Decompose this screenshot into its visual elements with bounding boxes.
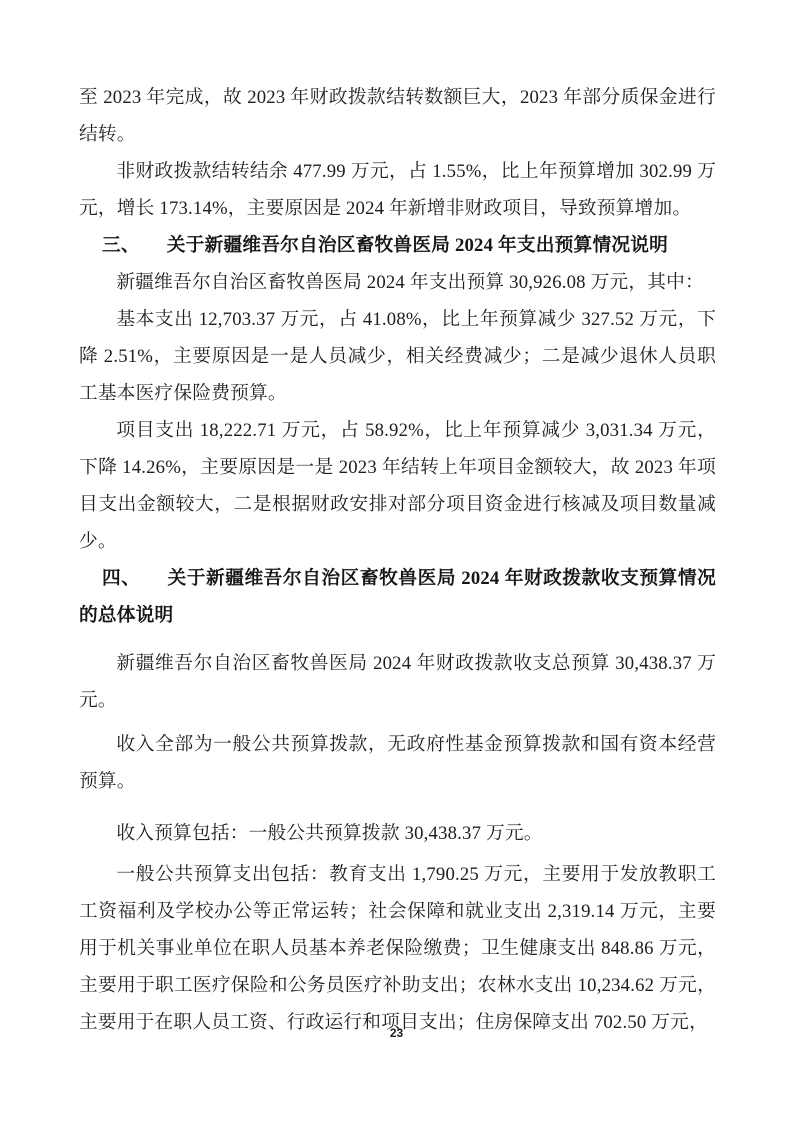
section-heading-fiscal-appropriation: 四、关于新疆维吾尔自治区畜牧兽医局 2024 年财政拨款收支预算情况的总体说明 (79, 560, 716, 634)
heading-number: 三、 (102, 235, 140, 256)
paragraph-nonfiscal-carryover: 非财政拨款结转结余 477.99 万元，占 1.55%，比上年预算增加 302.… (79, 153, 716, 227)
paragraph-project-expenditure: 项目支出 18,222.71 万元，占 58.92%，比上年预算减少 3,031… (79, 412, 716, 560)
paragraph-fiscal-total-budget: 新疆维吾尔自治区畜牧兽医局 2024 年财政拨款收支总预算 30,438.37 … (79, 645, 716, 719)
document-page: 至 2023 年完成，故 2023 年财政拨款结转数额巨大，2023 年部分质保… (0, 0, 793, 1122)
heading-number: 四、 (102, 568, 140, 589)
page-number: 23 (0, 1026, 793, 1040)
heading-title: 关于新疆维吾尔自治区畜牧兽医局 2024 年支出预算情况说明 (167, 235, 668, 256)
paragraph-basic-expenditure: 基本支出 12,703.37 万元，占 41.08%，比上年预算减少 327.5… (79, 301, 716, 412)
heading-title: 关于新疆维吾尔自治区畜牧兽医局 2024 年财政拨款收支预算情况的总体说明 (79, 568, 716, 626)
section-heading-expenditure-budget: 三、关于新疆维吾尔自治区畜牧兽医局 2024 年支出预算情况说明 (79, 227, 716, 264)
paragraph-total-expenditure: 新疆维吾尔自治区畜牧兽医局 2024 年支出预算 30,926.08 万元，其中… (79, 264, 716, 301)
paragraph-fiscal-carryover-continuation: 至 2023 年完成，故 2023 年财政拨款结转数额巨大，2023 年部分质保… (79, 79, 716, 153)
paragraph-income-source: 收入全部为一般公共预算拨款，无政府性基金预算拨款和国有资本经营预算。 (79, 726, 716, 800)
document-body: 至 2023 年完成，故 2023 年财政拨款结转数额巨大，2023 年部分质保… (79, 79, 716, 1041)
paragraph-public-budget-expenditure-breakdown: 一般公共预算支出包括：教育支出 1,790.25 万元，主要用于发放教职工工资福… (79, 856, 716, 1041)
paragraph-income-budget: 收入预算包括：一般公共预算拨款 30,438.37 万元。 (79, 815, 716, 852)
